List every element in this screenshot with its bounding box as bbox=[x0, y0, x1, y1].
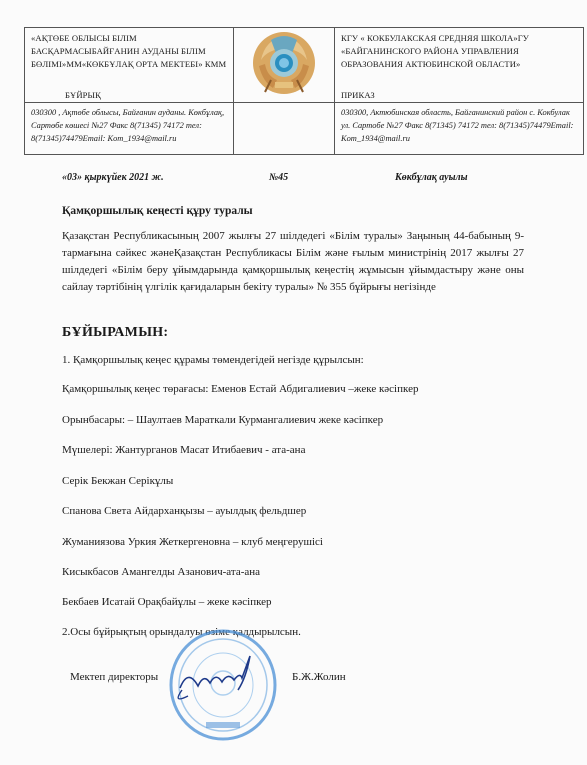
order-item: Спанова Света Айдарханқызы – ауылдық фел… bbox=[62, 505, 306, 517]
document-title: Қамқоршылық кеңесті құру туралы bbox=[62, 205, 253, 217]
organization-russian: КГУ « КОКБУЛАКСКАЯ СРЕДНЯЯ ШКОЛА»ГУ «БАЙ… bbox=[335, 28, 583, 71]
order-item: Бекбаев Исатай Орақбайұлы – жеке кәсіпке… bbox=[62, 596, 272, 608]
order-item: Жуманиязова Уркия Жеткергеновна – клуб м… bbox=[62, 536, 323, 548]
order-item: Орынбасары: – Шаултаев Мараткали Курманг… bbox=[62, 414, 383, 426]
document-type-russian: ПРИКАЗ bbox=[335, 85, 583, 102]
signature-position: Мектеп директоры bbox=[70, 671, 158, 683]
document-type-kazakh: БҰЙРЫҚ bbox=[25, 85, 233, 102]
letterhead-left: «АҚТӨБЕ ОБЛЫСЫ БІЛІМ БАСҚАРМАСЫБАЙҒАНИН … bbox=[25, 28, 234, 103]
order-item: Мүшелері: Жантурганов Масат Итибаевич - … bbox=[62, 444, 305, 456]
empty-cell bbox=[234, 103, 335, 155]
address-russian-cell: 030300, Актюбинская область, Байганински… bbox=[335, 103, 584, 155]
document-date: «03» қыркүйек 2021 ж. bbox=[62, 172, 164, 183]
address-kazakh: 030300 , Ақтөбе облысы, Байғанин ауданы.… bbox=[25, 103, 233, 148]
order-item: Кисыкбасов Амангелды Азанович-ата-ана bbox=[62, 566, 260, 578]
letterhead-emblem-cell bbox=[234, 28, 335, 103]
signature-name: Б.Ж.Жолин bbox=[292, 671, 346, 683]
kazakhstan-state-emblem-icon bbox=[251, 30, 317, 96]
order-heading: БҰЙЫРАМЫН: bbox=[62, 325, 168, 341]
address-kazakh-cell: 030300 , Ақтөбе облысы, Байғанин ауданы.… bbox=[25, 103, 234, 155]
address-russian: 030300, Актюбинская область, Байганински… bbox=[335, 103, 583, 148]
order-item: Қамқоршылық кеңес төрағасы: Еменов Естай… bbox=[62, 383, 418, 395]
official-seal-icon bbox=[168, 628, 278, 743]
letterhead-right: КГУ « КОКБУЛАКСКАЯ СРЕДНЯЯ ШКОЛА»ГУ «БАЙ… bbox=[335, 28, 584, 103]
order-item: 1. Қамқоршылық кеңес құрамы төмендегідей… bbox=[62, 354, 364, 366]
preamble-paragraph: Қазақстан Республикасының 2007 жылғы 27 … bbox=[62, 228, 524, 296]
order-item: Серік Бекжан Серікұлы bbox=[62, 475, 173, 487]
document-number: №45 bbox=[269, 172, 288, 183]
organization-kazakh: «АҚТӨБЕ ОБЛЫСЫ БІЛІМ БАСҚАРМАСЫБАЙҒАНИН … bbox=[25, 28, 233, 71]
document-place: Көкбұлақ ауылы bbox=[395, 172, 468, 183]
letterhead-table: «АҚТӨБЕ ОБЛЫСЫ БІЛІМ БАСҚАРМАСЫБАЙҒАНИН … bbox=[24, 27, 584, 155]
